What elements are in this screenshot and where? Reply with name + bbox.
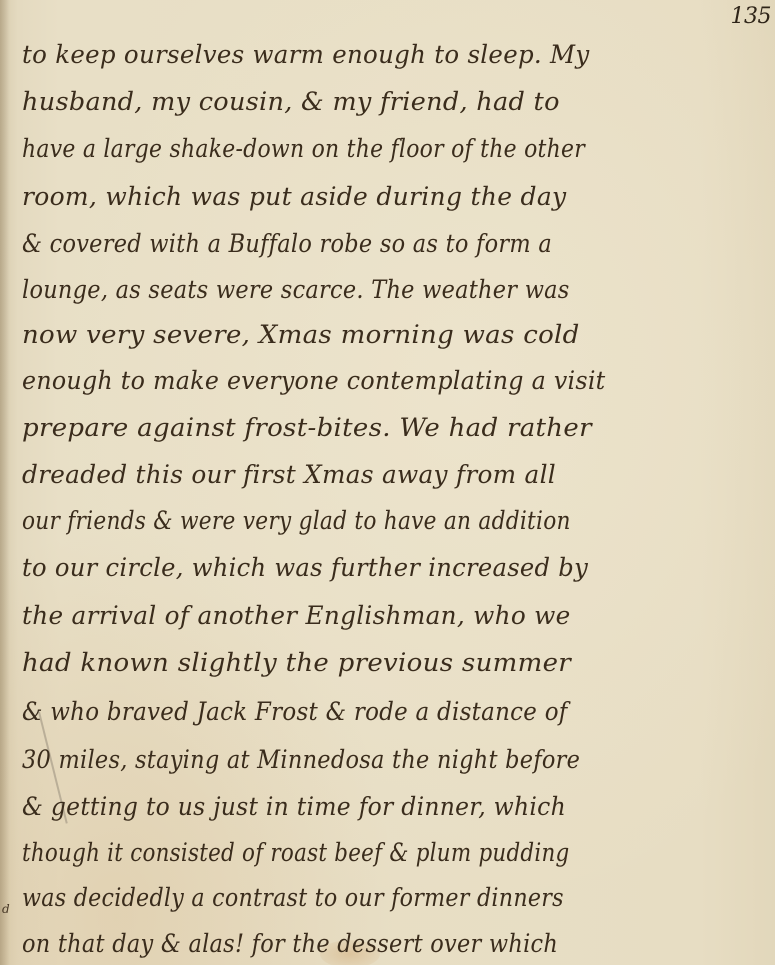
text-line: on that day & alas! for the dessert over…: [22, 929, 558, 959]
text-line: enough to make everyone contemplating a …: [22, 366, 605, 396]
text-line: to keep ourselves warm enough to sleep. …: [22, 40, 590, 70]
text-line: our friends & were very glad to have an …: [22, 506, 571, 536]
text-line: dreaded this our first Xmas away from al…: [22, 460, 556, 490]
text-line: & covered with a Buffalo robe so as to f…: [22, 229, 552, 259]
text-line: have a large shake-down on the floor of …: [22, 134, 585, 164]
text-line: husband, my cousin, & my friend, had to: [22, 87, 560, 117]
text-line: & getting to us just in time for dinner,…: [22, 792, 566, 822]
text-line: though it consisted of roast beef & plum…: [22, 838, 569, 868]
text-line: was decidedly a contrast to our former d…: [22, 883, 564, 913]
page-number: 135: [731, 4, 772, 29]
text-line: room, which was put aside during the day: [22, 182, 566, 212]
text-line: now very severe, Xmas morning was cold: [22, 320, 580, 350]
text-line: to our circle, which was further increas…: [22, 553, 588, 583]
text-line: the arrival of another Englishman, who w…: [22, 601, 571, 631]
text-line: 30 miles, staying at Minnedosa the night…: [22, 745, 580, 775]
text-line: prepare against frost-bites. We had rath…: [22, 413, 592, 443]
manuscript-page: 135 to keep ourselves warm enough to sle…: [0, 0, 775, 965]
margin-mark: d: [2, 902, 10, 916]
binding-edge: [0, 0, 10, 965]
text-line: & who braved Jack Frost & rode a distanc…: [22, 697, 568, 727]
text-line: lounge, as seats were scarce. The weathe…: [22, 275, 570, 305]
text-line: had known slightly the previous summer: [22, 648, 571, 678]
